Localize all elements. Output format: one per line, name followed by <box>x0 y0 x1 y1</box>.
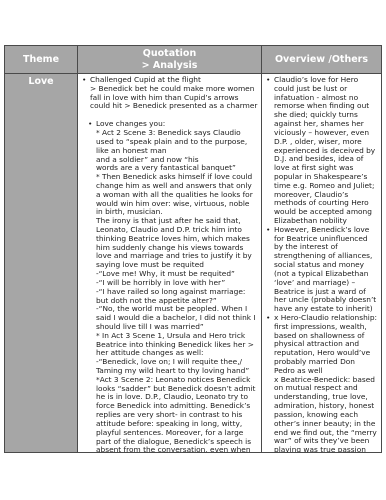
column-header-theme-label: Theme <box>23 54 59 65</box>
column-header-overview-label: Overview /Others <box>275 54 368 65</box>
bullet-marker: • <box>266 226 274 235</box>
overview-bullet-text: x Hero-Claudio relationship: first impre… <box>274 314 378 452</box>
document-page: Theme Quotation > Analysis Overview /Oth… <box>0 0 386 500</box>
overview-others-cell: • Claudio’s love for Hero could just be … <box>261 74 381 452</box>
column-header-theme: Theme <box>5 46 77 73</box>
bullet-marker: • <box>88 120 96 129</box>
column-header-quotation-line1: Quotation <box>143 48 196 59</box>
overview-bullet-item: • x Hero-Claudio relationship: first imp… <box>266 314 378 452</box>
quotation-analysis-cell: • Challenged Cupid at the flight > Bened… <box>77 74 261 452</box>
bullet-marker: • <box>82 76 90 85</box>
theme-analysis-table: Theme Quotation > Analysis Overview /Oth… <box>4 45 382 453</box>
quotation-bullet-item: • Love changes you: * Act 2 Scene 3: Ben… <box>88 120 258 452</box>
bullet-marker: • <box>266 314 274 323</box>
overview-bullet-text: However, Benedick’s love for Beatrice un… <box>274 226 378 314</box>
theme-label: Love <box>28 76 53 87</box>
overview-bullet-text: Claudio’s love for Hero could just be lu… <box>274 76 378 226</box>
column-header-quotation-line2: > Analysis <box>142 60 198 71</box>
bullet-marker: • <box>266 76 274 85</box>
column-header-overview: Overview /Others <box>261 46 381 73</box>
overview-bullet-item: • However, Benedick’s love for Beatrice … <box>266 226 378 314</box>
overview-bullet-item: • Claudio’s love for Hero could just be … <box>266 76 378 226</box>
column-header-quotation: Quotation > Analysis <box>77 46 261 73</box>
quotation-bullet-item: • Challenged Cupid at the flight > Bened… <box>82 76 258 111</box>
table-row-love: Love • Challenged Cupid at the flight > … <box>5 74 381 452</box>
theme-cell: Love <box>5 74 77 452</box>
quotation-bullet-text: Love changes you: * Act 2 Scene 3: Bened… <box>96 120 258 452</box>
quotation-bullet-text: Challenged Cupid at the flight > Benedic… <box>90 76 258 111</box>
table-header-row: Theme Quotation > Analysis Overview /Oth… <box>5 46 381 74</box>
